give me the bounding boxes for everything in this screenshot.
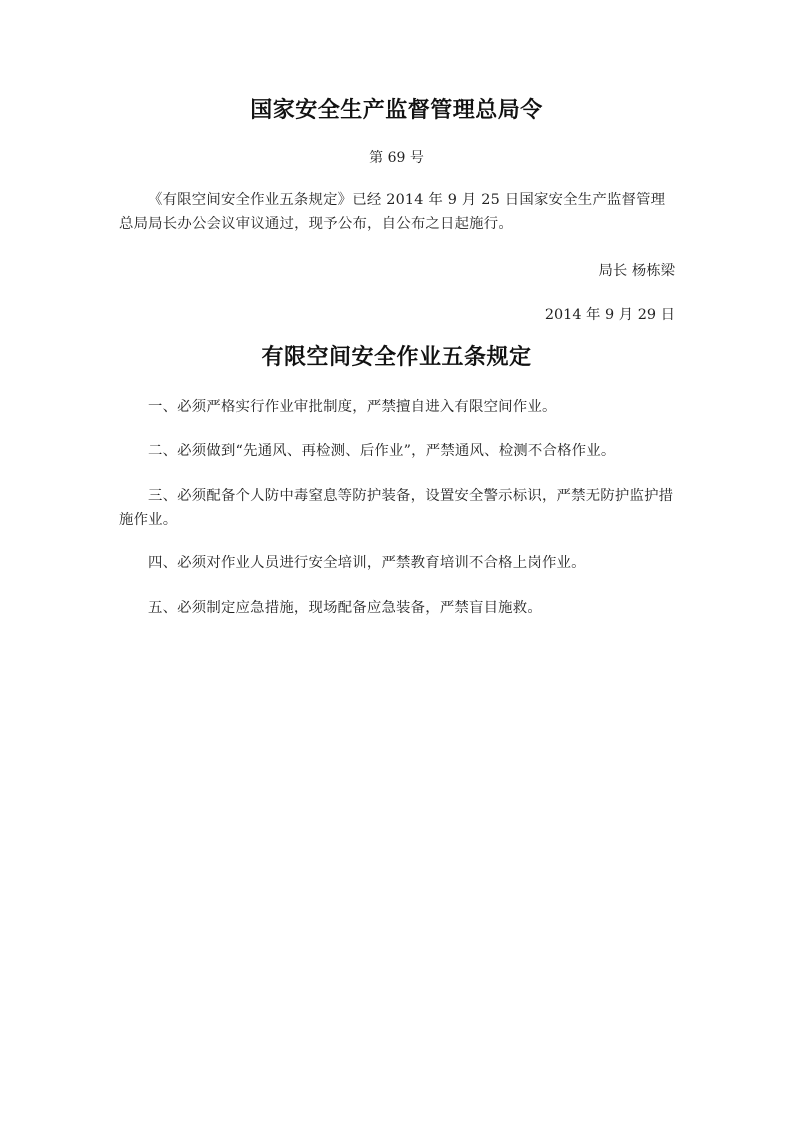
order-number: 第 69 号 [0,147,793,167]
regulation-item-4: 四、必须对作业人员进行安全培训，严禁教育培训不合格上岗作业。 [119,551,675,575]
order-title: 国家安全生产监督管理总局令 [0,93,793,124]
regulation-item-5: 五、必须制定应急措施，现场配备应急装备，严禁盲目施救。 [119,596,675,620]
order-date: 2014 年 9 月 29 日 [545,303,675,324]
regulation-item-3: 三、必须配备个人防中毒窒息等防护装备，设置安全警示标识，严禁无防护监护措施作业。 [119,484,675,532]
signature: 局长 杨栋梁 [598,259,675,280]
regulation-item-1: 一、必须严格实行作业审批制度，严禁擅自进入有限空间作业。 [119,395,675,419]
regulation-title: 有限空间安全作业五条规定 [0,340,793,371]
regulation-item-2: 二、必须做到“先通风、再检测、后作业”，严禁通风、检测不合格作业。 [119,439,675,463]
order-body: 《有限空间安全作业五条规定》已经 2014 年 9 月 25 日国家安全生产监督… [119,188,675,236]
